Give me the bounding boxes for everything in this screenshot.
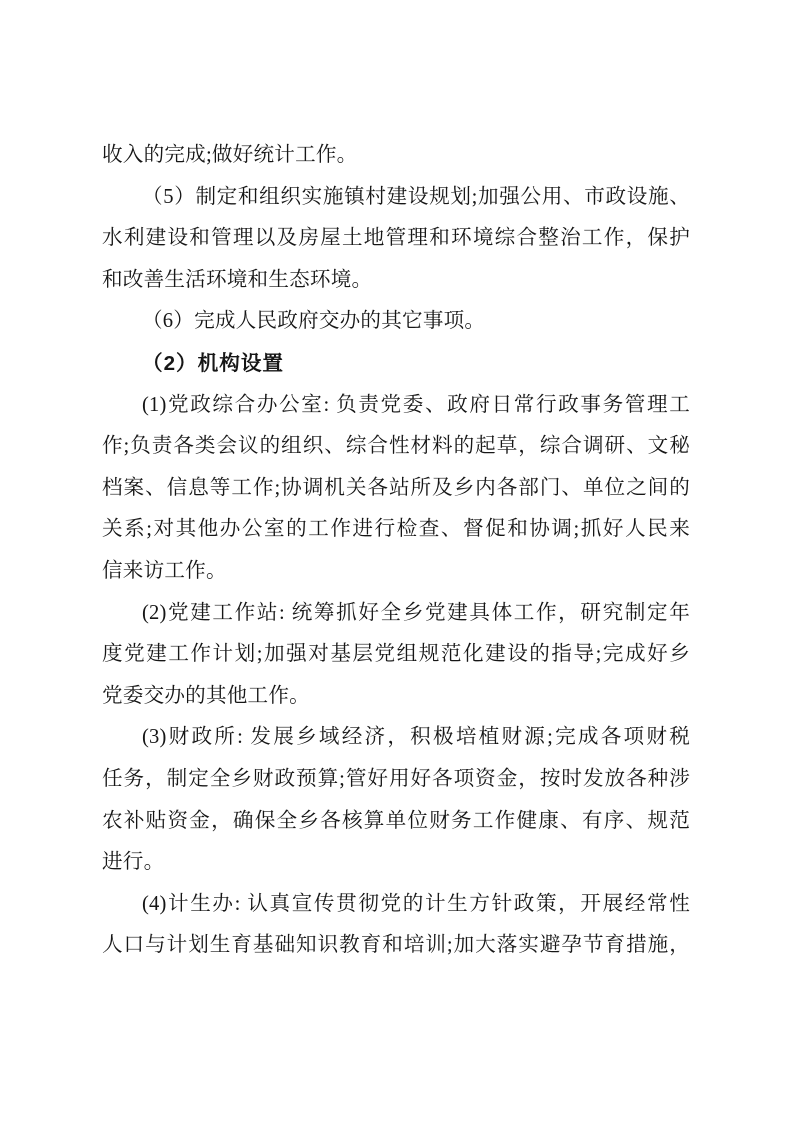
text-line: 任务，制定全乡财政预算;管好用好各项资金，按时发放各种涉 [102,759,690,801]
paragraph: (3)财政所: 发展乡域经济，积极培植财源;完成各项财税任务，制定全乡财政预算;… [102,717,690,883]
text-line: 度党建工作计划;加强对基层党组规范化建设的指导;完成好乡 [102,634,690,676]
section-heading: （2）机构设置 [102,343,690,385]
text-line: 和改善生活环境和生态环境。 [102,260,690,302]
text-line: （2）机构设置 [102,343,690,385]
document-text: 收入的完成;做好统计工作。（5）制定和组织实施镇村建设规划;加强公用、市政设施、… [102,135,690,967]
paragraph: （6）完成人民政府交办的其它事项。 [102,301,690,343]
text-line: 农补贴资金，确保全乡各核算单位财务工作健康、有序、规范 [102,801,690,843]
text-line: 关系;对其他办公室的工作进行检查、督促和协调;抓好人民来 [102,509,690,551]
text-line: (3)财政所: 发展乡域经济，积极培植财源;完成各项财税 [102,717,690,759]
text-line: (4)计生办: 认真宣传贯彻党的计生方针政策，开展经常性 [102,884,690,926]
text-line: （6）完成人民政府交办的其它事项。 [102,301,690,343]
text-line: 作;负责各类会议的组织、综合性材料的起草，综合调研、文秘 [102,426,690,468]
text-line: 水利建设和管理以及房屋土地管理和环境综合整治工作，保护 [102,218,690,260]
text-line: （5）制定和组织实施镇村建设规划;加强公用、市政设施、 [102,177,690,219]
text-line: 档案、信息等工作;协调机关各站所及乡内各部门、单位之间的 [102,468,690,510]
paragraph: 收入的完成;做好统计工作。 [102,135,690,177]
paragraph: (2)党建工作站: 统筹抓好全乡党建具体工作，研究制定年度党建工作计划;加强对基… [102,593,690,718]
text-line: 人口与计划生育基础知识教育和培训;加大落实避孕节育措施， [102,925,690,967]
paragraph: (4)计生办: 认真宣传贯彻党的计生方针政策，开展经常性人口与计划生育基础知识教… [102,884,690,967]
text-line: 收入的完成;做好统计工作。 [102,135,690,177]
text-line: 进行。 [102,842,690,884]
text-line: 信来访工作。 [102,551,690,593]
paragraph: （5）制定和组织实施镇村建设规划;加强公用、市政设施、水利建设和管理以及房屋土地… [102,177,690,302]
text-line: (2)党建工作站: 统筹抓好全乡党建具体工作，研究制定年 [102,593,690,635]
text-line: (1)党政综合办公室: 负责党委、政府日常行政事务管理工 [102,385,690,427]
paragraph: (1)党政综合办公室: 负责党委、政府日常行政事务管理工作;负责各类会议的组织、… [102,385,690,593]
document-page: 收入的完成;做好统计工作。（5）制定和组织实施镇村建设规划;加强公用、市政设施、… [0,0,793,1122]
text-line: 党委交办的其他工作。 [102,676,690,718]
